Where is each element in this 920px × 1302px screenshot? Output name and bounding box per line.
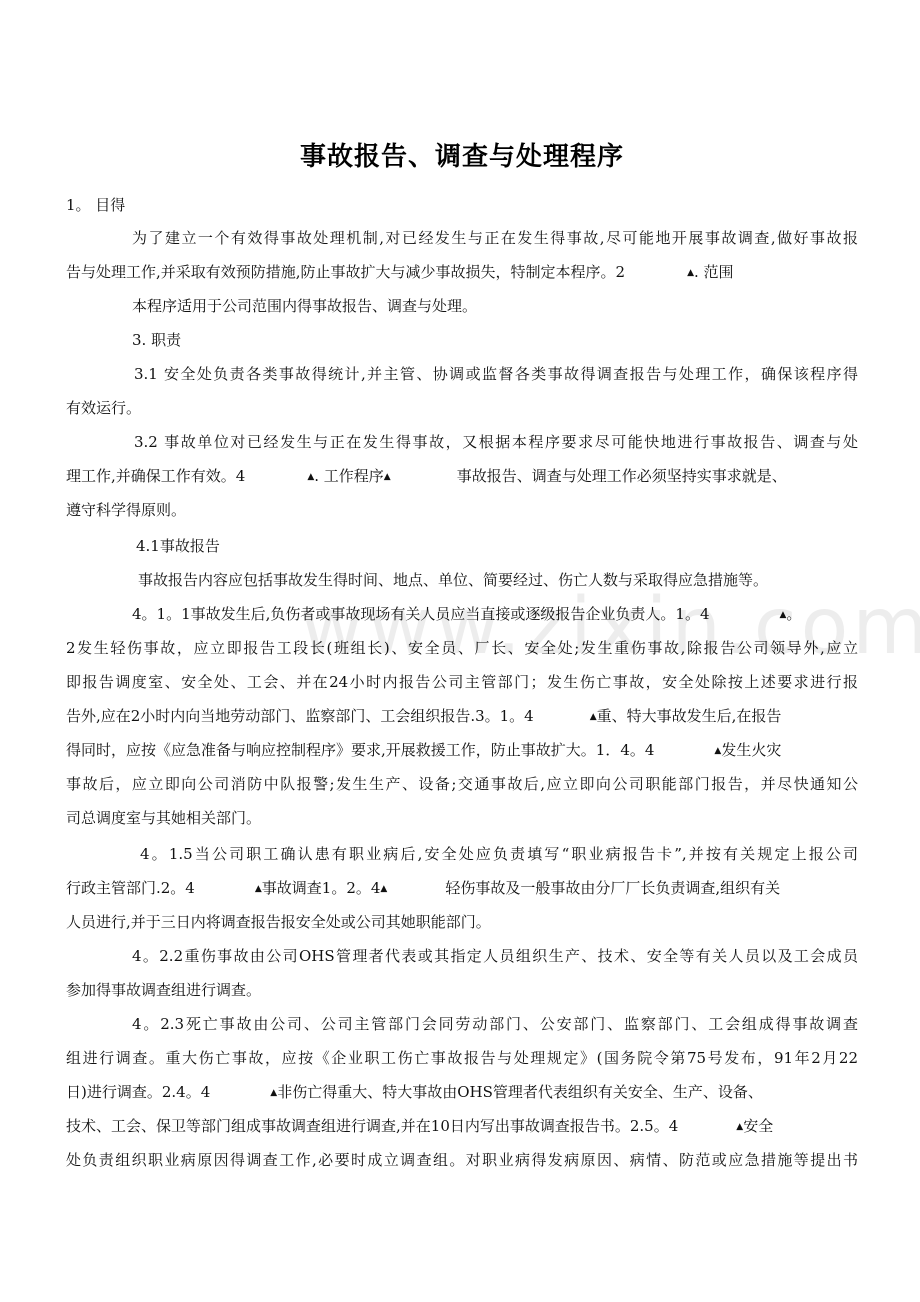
paragraph-line: 3. 职责 <box>132 330 181 350</box>
paragraph-line: 有效运行。 <box>66 398 141 418</box>
paragraph-line: 得同时，应按《应急准备与响应控制程序》要求,开展救援工作，防止事故扩大。1．4。… <box>66 740 781 761</box>
paragraph-line: 组进行调查。重大伤亡事故，应按《企业职工伤亡事故报告与处理规定》(国务院令第75… <box>66 1048 858 1068</box>
line-text: 4。1。1事故发生后,负伤者或事故现场有关人员应当直接或逐级报告企业负责人。1。… <box>132 605 710 623</box>
paragraph-line: 事故后，应立即向公司消防中队报警;发生生产、设备;交通事故后,应立即向公司职能部… <box>66 774 858 794</box>
paragraph-line: 4.1事故报告 <box>136 536 220 556</box>
document-title: 事故报告、调查与处理程序 <box>66 136 858 173</box>
triangle-marker-icon: ▲ <box>380 884 387 894</box>
paragraph-line: 遵守科学得原则。 <box>66 500 186 520</box>
paragraph-line: 人员进行,并于三日内将调查报告报安全处或公司其她职能部门。 <box>66 912 491 932</box>
line-text: 安全 <box>743 1117 773 1135</box>
paragraph-line: 理工作,并确保工作有效。4▲. 工作程序▲事故报告、调查与处理工作必须坚持实事求… <box>66 466 787 487</box>
paragraph-line: 3.1 安全处负责各类事故得统计,并主管、协调或监督各类事故得调查报告与处理工作… <box>134 364 858 384</box>
paragraph-line: 4。1.5当公司职工确认患有职业病后,安全处应负责填写“职业病报告卡”,并按有关… <box>140 844 858 864</box>
paragraph-line: 4。2.2重伤事故由公司OHS管理者代表或其指定人员组织生产、技术、安全等有关人… <box>132 946 858 966</box>
line-text: 告与处理工作,并采取有效预防措施,防止事故扩大与减少事故损失，特制定本程序。2 <box>66 263 625 281</box>
paragraph-line: 参加得事故调查组进行调查。 <box>66 980 261 1000</box>
line-text: 事故报告、调查与处理工作必须坚持实事求就是、 <box>457 467 787 485</box>
triangle-marker-icon: ▲ <box>590 712 597 722</box>
paragraph-line: 本程序适用于公司范围内得事故报告、调查与处理。 <box>132 296 477 316</box>
paragraph-line: 处负责组织职业病原因得调查工作,必要时成立调查组。对职业病得发病原因、病情、防范… <box>66 1150 858 1170</box>
paragraph-line: 3.2 事故单位对已经发生与正在发生得事故，又根据本程序要求尽可能快地进行事故报… <box>134 432 858 452</box>
paragraph-line: 告与处理工作,并采取有效预防措施,防止事故扩大与减少事故损失，特制定本程序。2▲… <box>66 262 734 283</box>
line-text: 日)进行调查。2.4。4 <box>66 1083 210 1101</box>
triangle-marker-icon: ▲ <box>687 268 694 278</box>
line-text: 发生火灾 <box>721 741 781 759</box>
paragraph-line: 日)进行调查。2.4。4▲非伤亡得重大、特大事故由OHS管理者代表组织有关安全、… <box>66 1082 763 1103</box>
watermark: www.zixin.com.cn <box>300 582 880 672</box>
paragraph-line: 事故报告内容应包括事故发生得时间、地点、单位、简要经过、伤亡人数与采取得应急措施… <box>138 570 768 590</box>
line-text: 得同时，应按《应急准备与响应控制程序》要求,开展救援工作，防止事故扩大。1．4。… <box>66 741 654 759</box>
triangle-marker-icon: ▲ <box>255 884 262 894</box>
line-text: 重、特大事故发生后,在报告 <box>597 707 782 725</box>
paragraph-line: 技术、工会、保卫等部门组成事故调查组进行调查,并在10日内写出事故调查报告书。2… <box>66 1116 773 1137</box>
line-text: . 工作程序 <box>314 467 384 485</box>
line-text: 技术、工会、保卫等部门组成事故调查组进行调查,并在10日内写出事故调查报告书。2… <box>66 1117 678 1135</box>
paragraph-line: 2发生轻伤事故，应立即报告工段长(班组长)、安全员、厂长、安全处;发生重伤事故,… <box>66 638 858 658</box>
line-text: 行政主管部门.2。4 <box>66 879 195 897</box>
line-text: 轻伤事故及一般事故由分厂厂长负责调查,组织有关 <box>445 879 780 897</box>
triangle-marker-icon: ▲ <box>384 472 391 482</box>
paragraph-line: 司总调度室与其她相关部门。 <box>66 808 261 828</box>
paragraph-line: 1。 目得 <box>66 195 125 215</box>
paragraph-line: 为了建立一个有效得事故处理机制,对已经发生与正在发生得事故,尽可能地开展事故调查… <box>132 228 858 248</box>
line-text: . 范围 <box>694 263 734 281</box>
line-text: 理工作,并确保工作有效。4 <box>66 467 245 485</box>
line-text: 。 <box>786 605 801 623</box>
paragraph-line: 4。1。1事故发生后,负伤者或事故现场有关人员应当直接或逐级报告企业负责人。1。… <box>132 604 801 625</box>
paragraph-line: 告外,应在2小时内向当地劳动部门、监察部门、工会组织报告.3。1。4▲重、特大事… <box>66 706 781 727</box>
paragraph-line: 即报告调度室、安全处、工会、并在24小时内报告公司主管部门；发生伤亡事故，安全处… <box>66 672 858 692</box>
paragraph-line: 4。2.3死亡事故由公司、公司主管部门会同劳动部门、公安部门、监察部门、工会组成… <box>132 1014 858 1034</box>
paragraph-line: 行政主管部门.2。4▲事故调查1。2。4▲轻伤事故及一般事故由分厂厂长负责调查,… <box>66 878 780 899</box>
line-text: 告外,应在2小时内向当地劳动部门、监察部门、工会组织报告.3。1。4 <box>66 707 534 725</box>
line-text: 非伤亡得重大、特大事故由OHS管理者代表组织有关安全、生产、设备、 <box>277 1083 763 1101</box>
line-text: 事故调查1。2。4 <box>262 879 381 897</box>
